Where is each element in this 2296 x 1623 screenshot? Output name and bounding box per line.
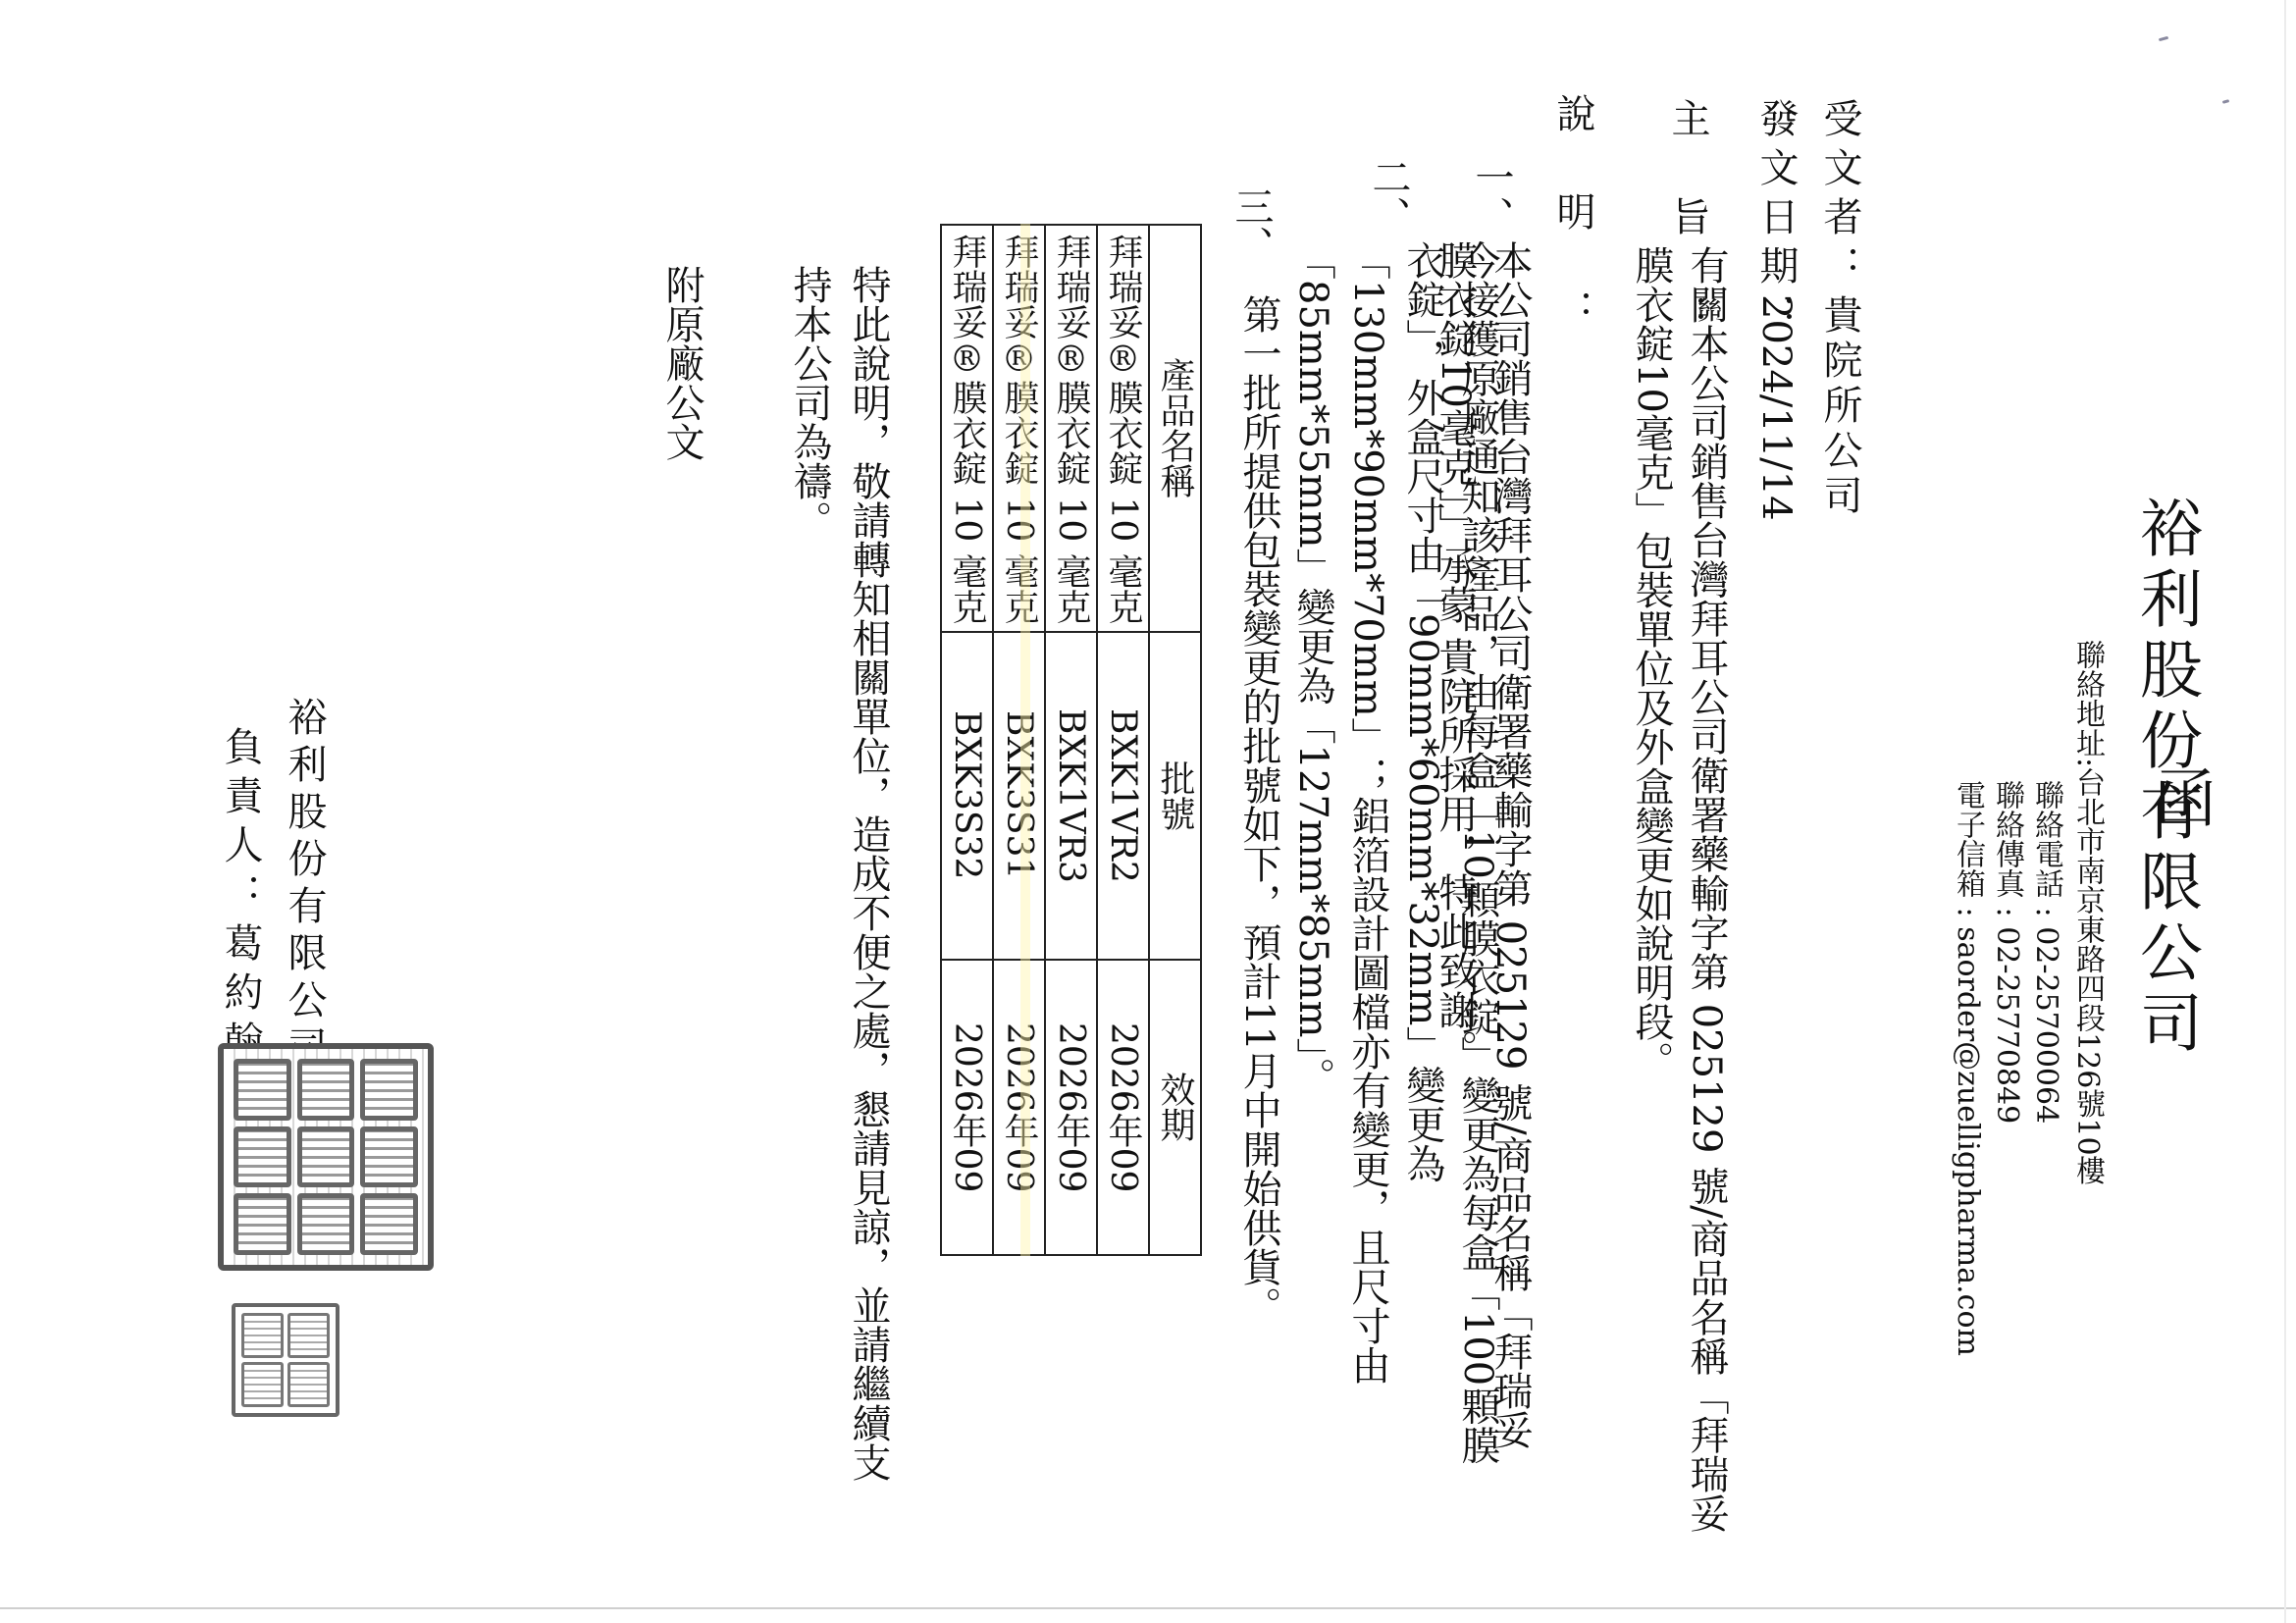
cell-batch-number: BXK3S32 [941,632,993,960]
signoff-company: 裕利股份有限公司 [285,697,324,1073]
table-row: 拜瑞妥®膜衣錠 10 毫克 BXK1VR3 2026年09 [1045,225,1097,1255]
cell-expiry: 2026年09 [993,960,1045,1256]
cell-expiry: 2026年09 [941,960,993,1256]
cell-product-name: 拜瑞妥®膜衣錠 10 毫克 [1045,225,1097,632]
header-expiry: 效期 [1149,960,1201,1256]
issue-date-value: 2024/11/14 [1756,294,1796,521]
scan-speck [2222,99,2230,104]
item-1-number: 一、 [1472,157,1511,236]
phone-value: 02-25700064 [2029,926,2063,1124]
scan-edge-right [2284,0,2286,1623]
person-label: 負責人： [218,726,263,922]
scanned-letter-page: 裕利股份有限公司 函 聯絡地址:台北市南京東路四段126號10樓 聯絡電話 : … [0,0,2296,1623]
batch-table-container: 產品名稱 批號 效期 拜瑞妥®膜衣錠 10 毫克 BXK1VR2 2026年09… [940,224,1193,1256]
table-row: 拜瑞妥®膜衣錠 10 毫克 BXK3S31 2026年09 [993,225,1045,1255]
table-header-row: 產品名稱 批號 效期 [1149,225,1201,1255]
cell-product-name: 拜瑞妥®膜衣錠 10 毫克 [1097,225,1149,632]
company-seal-icon [218,1043,434,1271]
cell-batch-number: BXK1VR2 [1097,632,1149,960]
document-type-label: 函 [2134,765,2224,828]
cell-expiry: 2026年09 [1097,960,1149,1256]
description-label: 說明： [1553,93,1592,388]
email-label: 電子信箱 [1951,780,1985,898]
item-2-text: 今接獲原廠通知該產品，由每盒「10顆膜衣錠」變更為每盒「100顆膜衣錠」，外盒尺… [1285,240,1505,1477]
recipient-value: 貴院所公司 [1820,294,1859,520]
email-value: saorder@zuelligpharma.com [1951,926,1985,1356]
cell-batch-number: BXK3S31 [993,632,1045,960]
contact-address: 聯絡地址:台北市南京東路四段126號10樓 [2072,640,2102,1185]
scan-speck [2159,36,2168,41]
closing-text: 特此說明，敬請轉知相關單位，造成不便之處，懇請見諒，並請繼續支持本公司為禱。 [780,265,898,1501]
cell-product-name: 拜瑞妥®膜衣錠 10 毫克 [993,225,1045,632]
item-3-number: 三、 [1231,186,1271,265]
address-label: 聯絡地址 [2070,640,2105,758]
scan-edge-bottom [0,1607,2296,1609]
cell-expiry: 2026年09 [1045,960,1097,1256]
cell-batch-number: BXK1VR3 [1045,632,1097,960]
item-3-text: 第一批所提供包裝變更的批號如下，預計11月中開始供貨。 [1231,294,1286,1374]
table-row: 拜瑞妥®膜衣錠 10 毫克 BXK3S32 2026年09 [941,225,993,1255]
table-row: 拜瑞妥®膜衣錠 10 毫克 BXK1VR2 2026年09 [1097,225,1149,1255]
item-2-number: 二、 [1369,157,1408,236]
fax-label: 聯絡傳真 [1990,780,2024,898]
personal-seal-icon [232,1303,339,1417]
batch-table: 產品名稱 批號 效期 拜瑞妥®膜衣錠 10 毫克 BXK1VR2 2026年09… [940,224,1202,1256]
header-batch-number: 批號 [1149,632,1201,960]
subject-text: 有關本公司銷售台灣拜耳公司衛署藥輸字第 025129 號/商品名稱「拜瑞妥膜衣錠… [1624,245,1734,1560]
contact-email: 電子信箱 : saorder@zuelligpharma.com [1953,780,1982,1356]
contact-fax: 聯絡傳真 : 02-25770849 [1992,780,2021,1124]
cell-product-name: 拜瑞妥®膜衣錠 10 毫克 [941,225,993,632]
scan-highlight-streak [1020,224,1030,1256]
contact-phone: 聯絡電話 : 02-25700064 [2031,780,2061,1124]
address-value: 台北市南京東路四段126號10樓 [2070,767,2105,1184]
signoff-responsible-person: 負責人：葛約翰 [221,726,260,1070]
header-product-name: 產品名稱 [1149,225,1201,632]
phone-label: 聯絡電話 [2029,780,2063,898]
recipient-label: 受文者： [1820,98,1859,294]
attachment-note: 附原廠公文 [662,265,702,461]
fax-value: 02-25770849 [1990,926,2024,1124]
